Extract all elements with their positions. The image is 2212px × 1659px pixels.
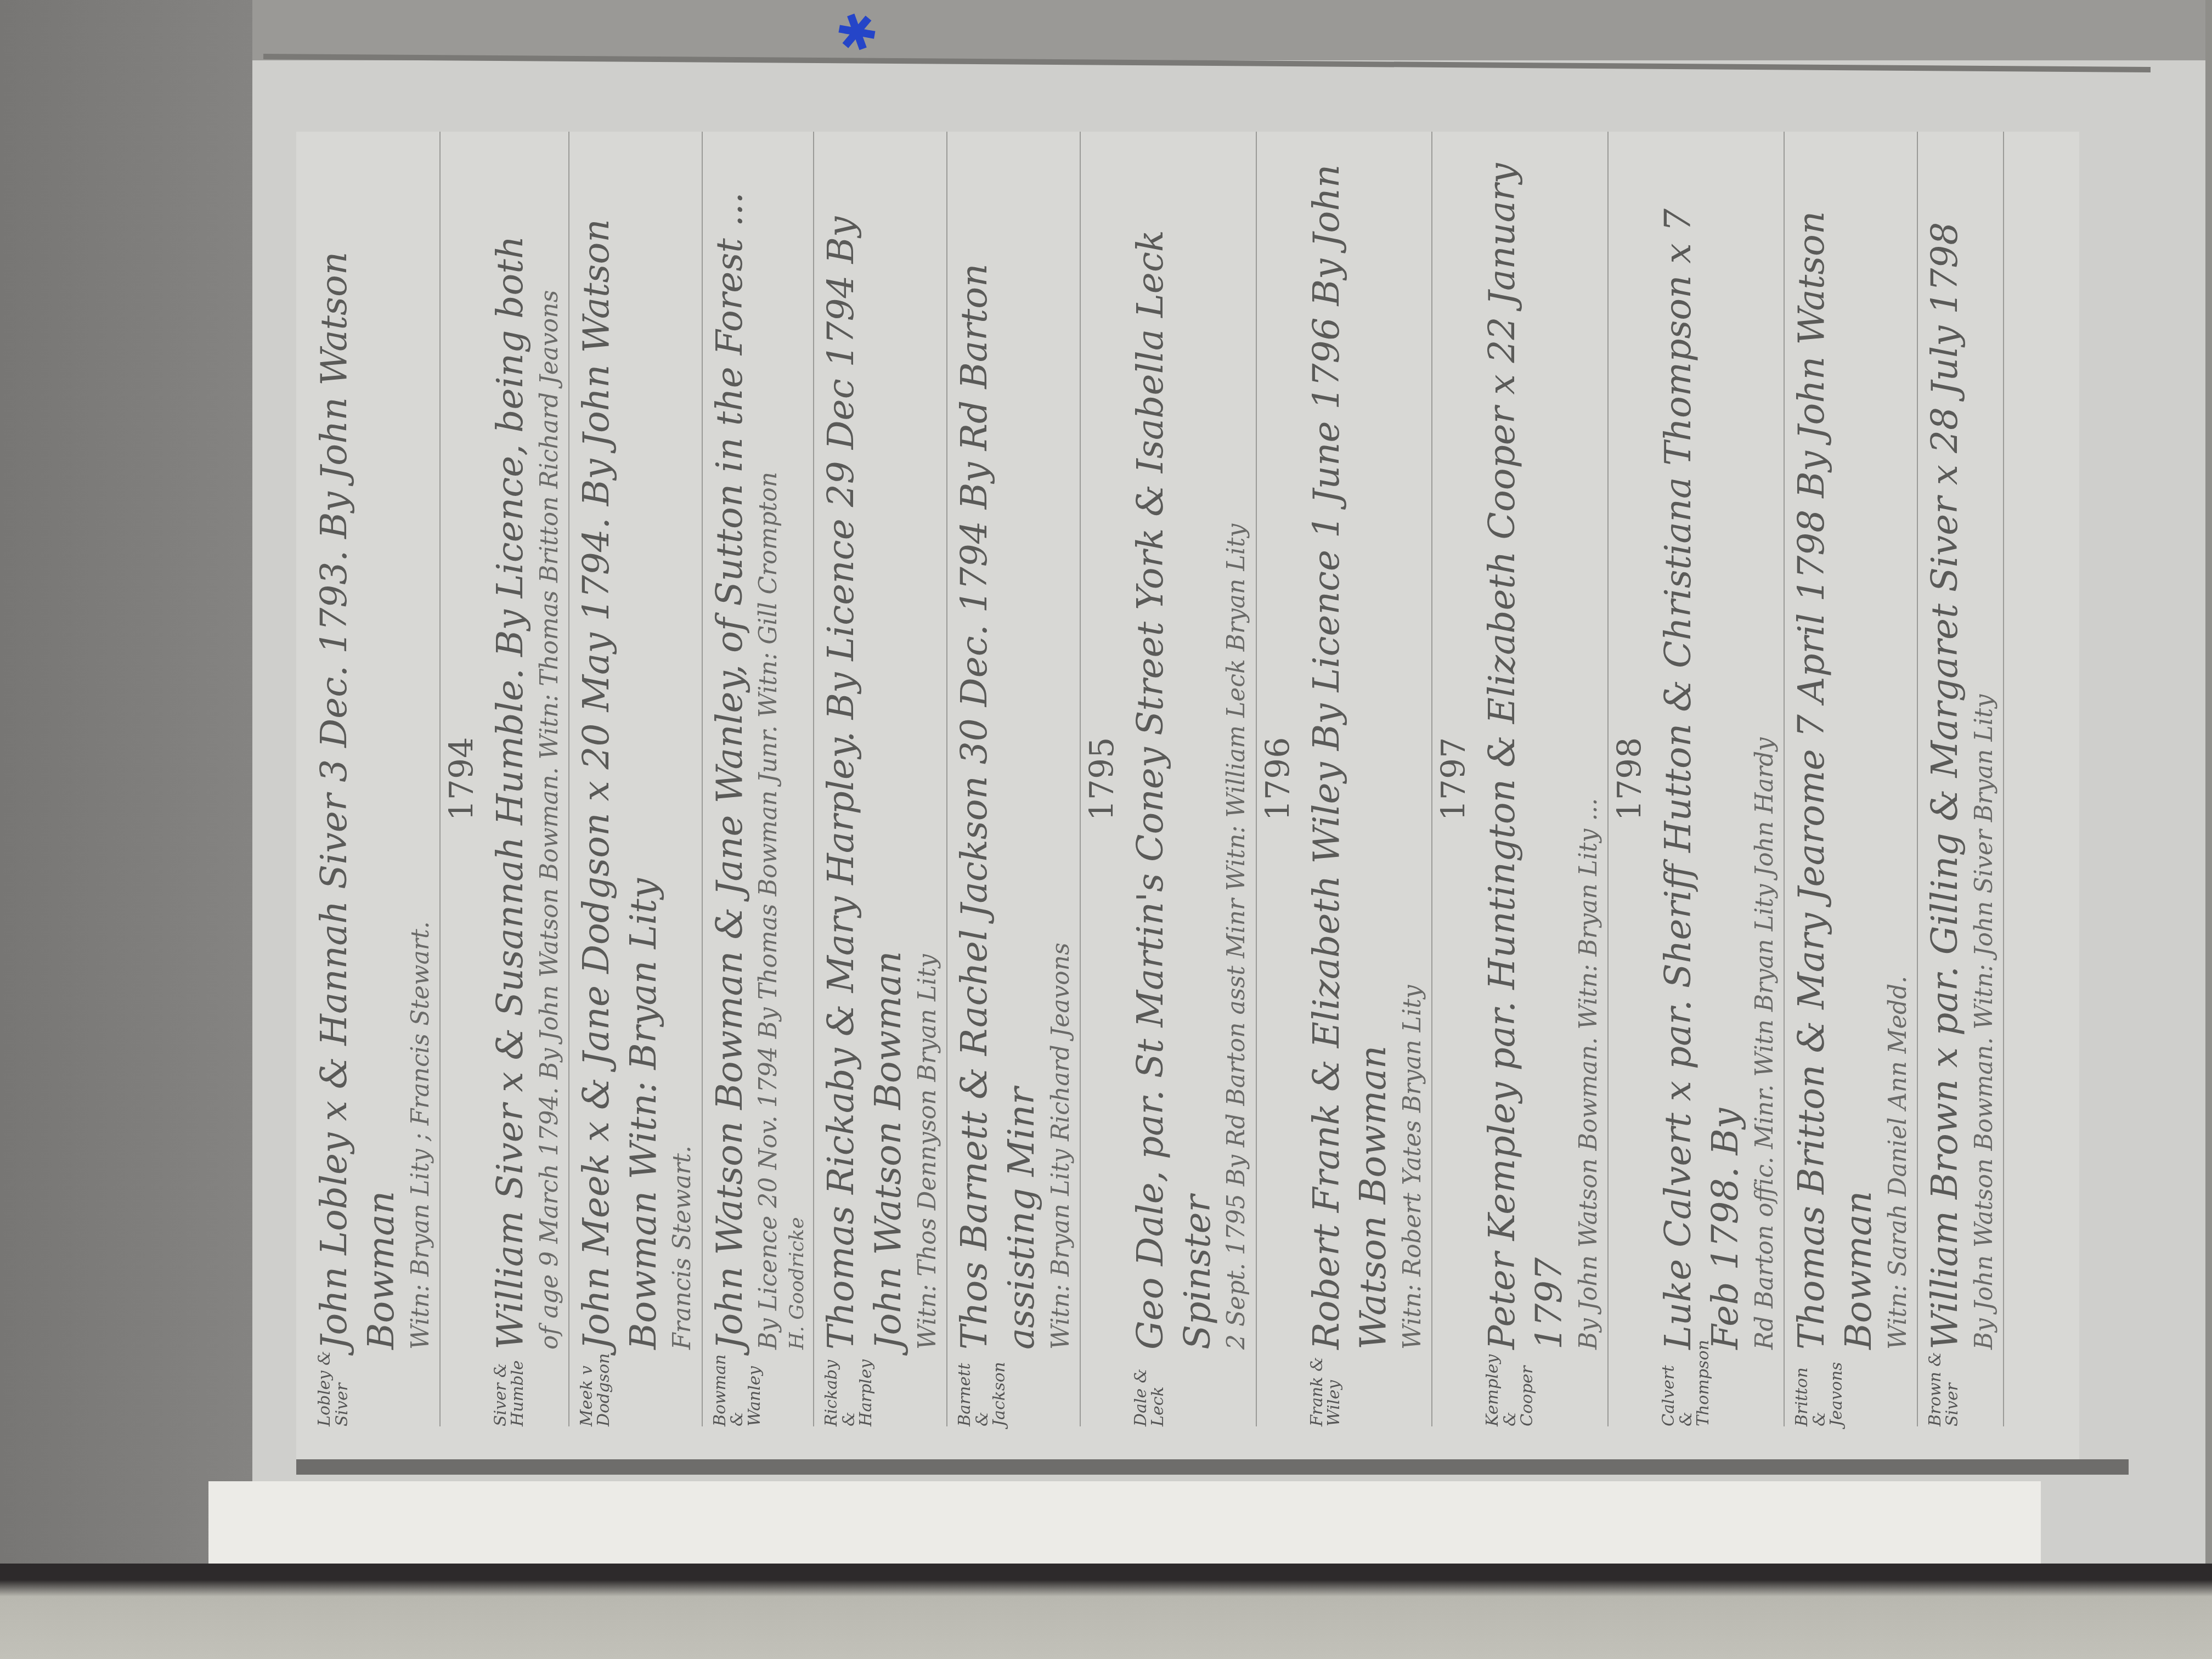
entry-margin: Kempley & Cooper [1479,1350,1536,1426]
entry-line: John Lobley x & Hannah Siver 3 Dec. 1793… [311,132,405,1350]
entry-line: Witn: Thos Dennyson Bryan Lity [912,132,943,1350]
entry-margin: Britton & Jeavons [1788,1350,1846,1426]
entry: Bowman & WanleyJohn Watson Bowman & Jane… [703,132,815,1426]
entry-line: H. Goodricke [785,132,810,1350]
entry-margin: Lobley & Siver [311,1350,351,1426]
entry: Rickaby & HarpleyThomas Rickaby & Mary H… [814,132,947,1426]
entry-margin: Barnett & Jackson [951,1350,1008,1426]
entry-line: By John Watson Bowman. Witn: John Siver … [1968,132,2000,1350]
entry-line: Robert Frank & Elizabeth Wiley By Licenc… [1303,132,1397,1350]
entry-line: of age 9 March 1794. By John Watson Bowm… [534,132,565,1350]
entry-margin: Bowman & Wanley [706,1350,764,1426]
entry: Calvert & ThompsonLuke Calvert x par. Sh… [1651,132,1785,1426]
entry-line: 2 Sept. 1795 By Rd Barton asst Minr Witn… [1221,132,1252,1350]
entry-line: Thomas Rickaby & Mary Harpley. By Licenc… [817,132,912,1350]
entry-line: Rd Barton offic. Minr. Witn Bryan Lity J… [1749,132,1780,1350]
bottom-rule [296,1459,2129,1475]
entry-line: William Brown x par. Gilling & Margaret … [1921,132,1968,1350]
entry-margin: Frank & Wiley [1303,1350,1343,1426]
top-shadow [252,0,2205,60]
year-heading: 1797 [1435,132,1473,1426]
entry: Britton & JeavonsThomas Britton & Mary J… [1785,132,1918,1426]
entry-margin: Calvert & Thompson [1655,1350,1712,1426]
entry-line: Witn: Robert Yates Bryan Lity [1397,132,1428,1350]
entry: Dale & LeckGeo Dale, par. St Martin's Co… [1124,132,1257,1426]
entry: Frank & WileyRobert Frank & Elizabeth Wi… [1300,132,1433,1426]
entry-line: Thos Barnett & Rachel Jackson 30 Dec. 17… [951,132,1045,1350]
year-heading: 1794 [443,132,481,1426]
entry-line: Witn: Bryan Lity ; Francis Stewart. [405,132,436,1350]
entry-margin: Dale & Leck [1127,1350,1167,1426]
entry: Meek v DodgsonJohn Meek x & Jane Dodgson… [569,132,703,1426]
entry-line: By John Watson Bowman. Witn: Bryan Lity … [1573,132,1604,1350]
entry: Siver & HumbleWilliam Siver x & Susannah… [483,132,569,1426]
entry-margin: Siver & Humble [487,1350,527,1426]
entry-line: Francis Stewart. [667,132,698,1350]
register-entries: Lobley & SiverJohn Lobley x & Hannah Siv… [307,132,2063,1426]
entry-line: By Licence 20 Nov. 1794 By Thomas Bowman… [753,132,784,1350]
entry: Barnett & JacksonThos Barnett & Rachel J… [947,132,1081,1426]
entry: Lobley & SiverJohn Lobley x & Hannah Siv… [307,132,441,1426]
entry-line: William Siver x & Susannah Humble. By Li… [487,132,534,1350]
year-heading: 1795 [1083,132,1121,1426]
year-heading: 1796 [1259,132,1297,1426]
entry-margin: Meek v Dodgson [573,1350,613,1426]
entry-line: Witn: Sarah Daniel Ann Medd. [1882,132,1914,1350]
entry-line: Geo Dale, par. St Martin's Coney Street … [1127,132,1221,1350]
entry-line: Witn: Bryan Lity Richard Jeavons [1045,132,1076,1350]
entry-margin: Rickaby & Harpley [817,1350,875,1426]
entry-line: Peter Kempley par. Huntington & Elizabet… [1479,132,1573,1350]
entry: Brown & SiverWilliam Brown x par. Gillin… [1918,132,2004,1426]
entry-line: John Watson Bowman & Jane Wanley, of Sut… [706,132,753,1350]
background-left [0,0,258,1569]
entry: Kempley & CooperPeter Kempley par. Hunti… [1475,132,1609,1426]
entry-margin: Brown & Siver [1921,1350,1961,1426]
entry-line: Thomas Britton & Mary Jearome 7 April 17… [1788,132,1882,1350]
year-heading: 1798 [1611,132,1649,1426]
desk-surface [0,1564,2212,1659]
light-strip [208,1481,2041,1569]
entry-line: Luke Calvert x par. Sheriff Hutton & Chr… [1655,132,1749,1350]
entry-line: John Meek x & Jane Dodgson x 20 May 1794… [573,132,667,1350]
